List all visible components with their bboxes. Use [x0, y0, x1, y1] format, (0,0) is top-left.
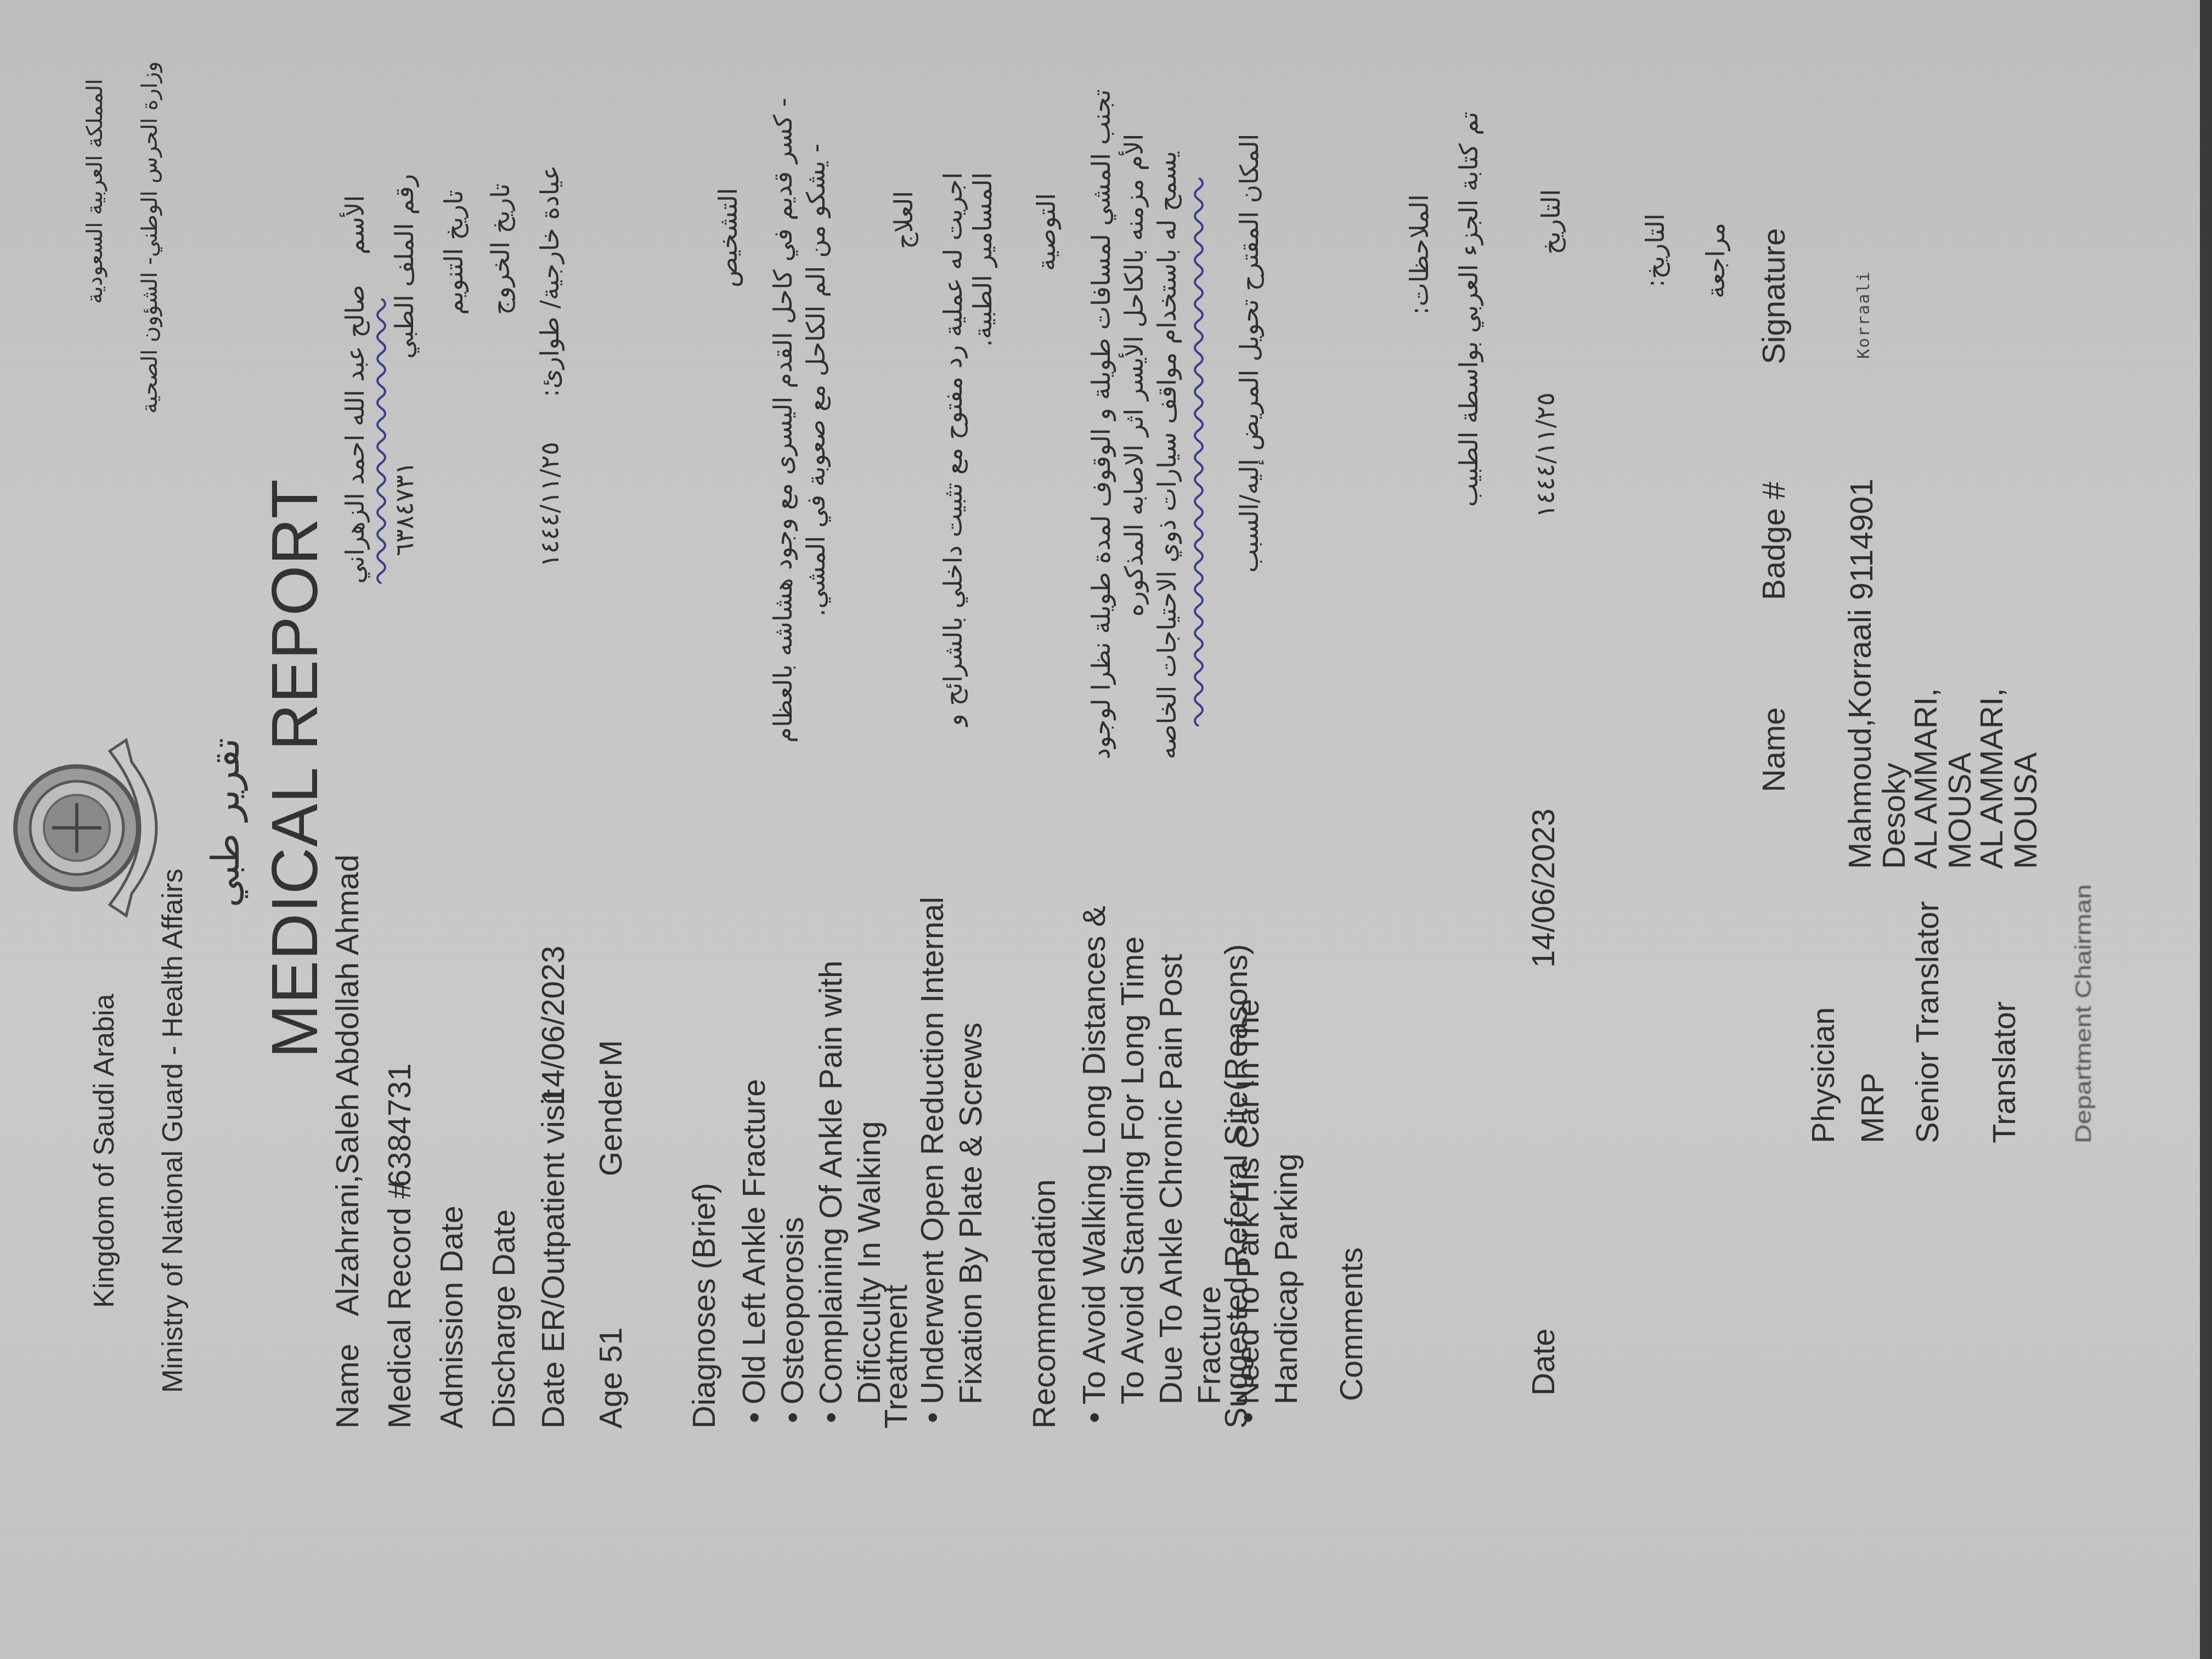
header-ministry-ar: وزارة الحرس الوطني- الشؤون الصحية: [137, 61, 162, 414]
col-signature-header: Signature: [1756, 228, 1792, 364]
ar-discharge-label: تاريخ الخروج: [486, 183, 515, 315]
sign-role-department-chairman: Department Chairman: [2070, 884, 2096, 1143]
ar-mrn-label: رقم الملف الطبي: [390, 174, 419, 359]
sign-name-senior-translator: AL AMMARI, MOUSA: [1909, 688, 1977, 869]
sign-name-translator: AL AMMARI, MOUSA: [1975, 688, 2043, 869]
col-name-header: Name: [1756, 707, 1792, 792]
ar-treatment-label: العلاج: [889, 191, 918, 249]
diagnosis-item: Old Left Ankle Fracture: [735, 874, 774, 1423]
ar-diagnoses-label: التشخيص: [713, 188, 743, 287]
ar-recommendation-line: يسمح له باستخدام مواقف سيارات ذوي الاحتي…: [1152, 151, 1182, 759]
recommendation-label: Recommendation: [1026, 1179, 1063, 1429]
header-country-ar: المملكة العربية السعودية: [82, 79, 108, 304]
sign-role-physician: Physician: [1805, 1007, 1842, 1143]
mrn-value: 6384731: [381, 1063, 418, 1187]
discharge-label: Discharge Date: [486, 1209, 522, 1429]
ar-treatment-text: اجريت له عملية رد مفتوح مع تثبيت داخلي ب…: [938, 172, 997, 737]
ar-name-label: الأسم: [340, 195, 370, 255]
ar-referral-label: المكان المقترح تحويل المريض إليه/السبب: [1234, 134, 1264, 573]
table-edge: [2200, 0, 2212, 1659]
diagnoses-label: Diagnoses (Brief): [686, 1183, 723, 1429]
recommendation-item: To Avoid Walking Long Distances & To Avo…: [1075, 885, 1229, 1423]
ar-recommendation-label: التوصية: [1031, 193, 1061, 271]
sign-role-translator: Translator: [1986, 1001, 2023, 1143]
treatment-label: Treatment: [878, 1285, 915, 1429]
header-country-en: Kingdom of Saudi Arabia: [88, 994, 121, 1308]
recommendation-list: To Avoid Walking Long Distances & To Avo…: [1075, 885, 1306, 1423]
sign-badge-mrp: 9114901: [1843, 479, 1880, 678]
referral-label: Suggested Referral Site(Reasons): [1218, 944, 1255, 1429]
page-title: MEDICAL REPORT: [258, 478, 332, 1058]
ar-diagnosis-item: - كسر قديم في كاحل القدم اليسرى مع وجود …: [768, 98, 798, 743]
admission-label: Admission Date: [433, 1206, 470, 1429]
ar-visit-label: عيادة خارجية/ طوارئ:: [535, 165, 565, 397]
sign-role-senior-translator: Senior Translator: [1909, 901, 1946, 1143]
mrn-label: Medical Record #: [381, 1181, 418, 1429]
medical-report-page: Kingdom of Saudi Arabia Ministry of Nati…: [0, 0, 2200, 1659]
ar-recommendation-line: تجنب المشي لمسافات طويلة و الوقوف لمدة ط…: [1086, 89, 1116, 759]
sign-role-mrp: MRP: [1854, 1073, 1891, 1143]
diagnosis-item: Complaining Of Ankle Pain with Dificcult…: [812, 874, 889, 1423]
ar-comments-label: الملاحظات:: [1404, 194, 1434, 315]
date-value: 14/06/2023: [1525, 809, 1562, 968]
visit-label: Date ER/Outpatient visit: [535, 1089, 572, 1429]
title-ar: تقرير طبي: [203, 738, 248, 907]
handwritten-underline-recommendation: [1190, 178, 1212, 726]
header-ministry-en: Ministry of National Guard - Health Affa…: [156, 868, 189, 1393]
sign-signature-mrp: Korraali: [1854, 271, 1874, 359]
age-label: Age: [592, 1372, 629, 1429]
visit-value: 14/06/2023: [535, 946, 572, 1105]
gender-label: Gender: [592, 1070, 629, 1176]
ar-admission-label: تاريخ التنويم: [439, 190, 469, 315]
col-badge-header: Badge #: [1756, 482, 1792, 600]
name-value: Alzahrani,Saleh Abdollah Ahmad: [329, 854, 366, 1316]
ar-date-label: التاريخ: [1536, 189, 1566, 255]
diagnosis-item: Osteoporosis: [774, 874, 812, 1423]
treatment-item: Underwent Open Reduction Internal Fixati…: [913, 874, 990, 1423]
national-guard-emblem-icon: [5, 729, 170, 927]
comments-label: Comments: [1333, 1248, 1370, 1401]
ar-name-value: صالح عبد الله احمد الزهراني: [340, 285, 370, 584]
ar-mrn-value: ٦٣٨٤٧٣١: [390, 461, 419, 556]
ar-sign-date-label: التاريخ:: [1640, 213, 1670, 287]
ar-visit-value: ١٤٤٤/١١/٢٥: [535, 442, 565, 567]
ar-comments-note: تم كتابة الجزء العربي بواسطة الطبيب: [1454, 111, 1483, 507]
diagnoses-list: Old Left Ankle Fracture Osteoporosis Com…: [735, 874, 889, 1423]
ar-diagnosis-item: - يشكو من الم الكاحل مع صعوبة في المشي.: [801, 144, 831, 617]
age-value: 51: [592, 1327, 629, 1363]
ar-recommendation-line: الأم مزمنه بالكاحل الأيسر اثر الاصابه ال…: [1119, 134, 1149, 617]
name-label: Name: [329, 1344, 366, 1429]
treatment-list: Underwent Open Reduction Internal Fixati…: [913, 874, 990, 1423]
date-label: Date: [1525, 1328, 1562, 1396]
ar-review-label: مراجعة: [1701, 223, 1730, 298]
gender-value: M: [592, 1040, 629, 1066]
ar-date-value: ١٤٤٤/١١/٢٥: [1531, 392, 1560, 518]
